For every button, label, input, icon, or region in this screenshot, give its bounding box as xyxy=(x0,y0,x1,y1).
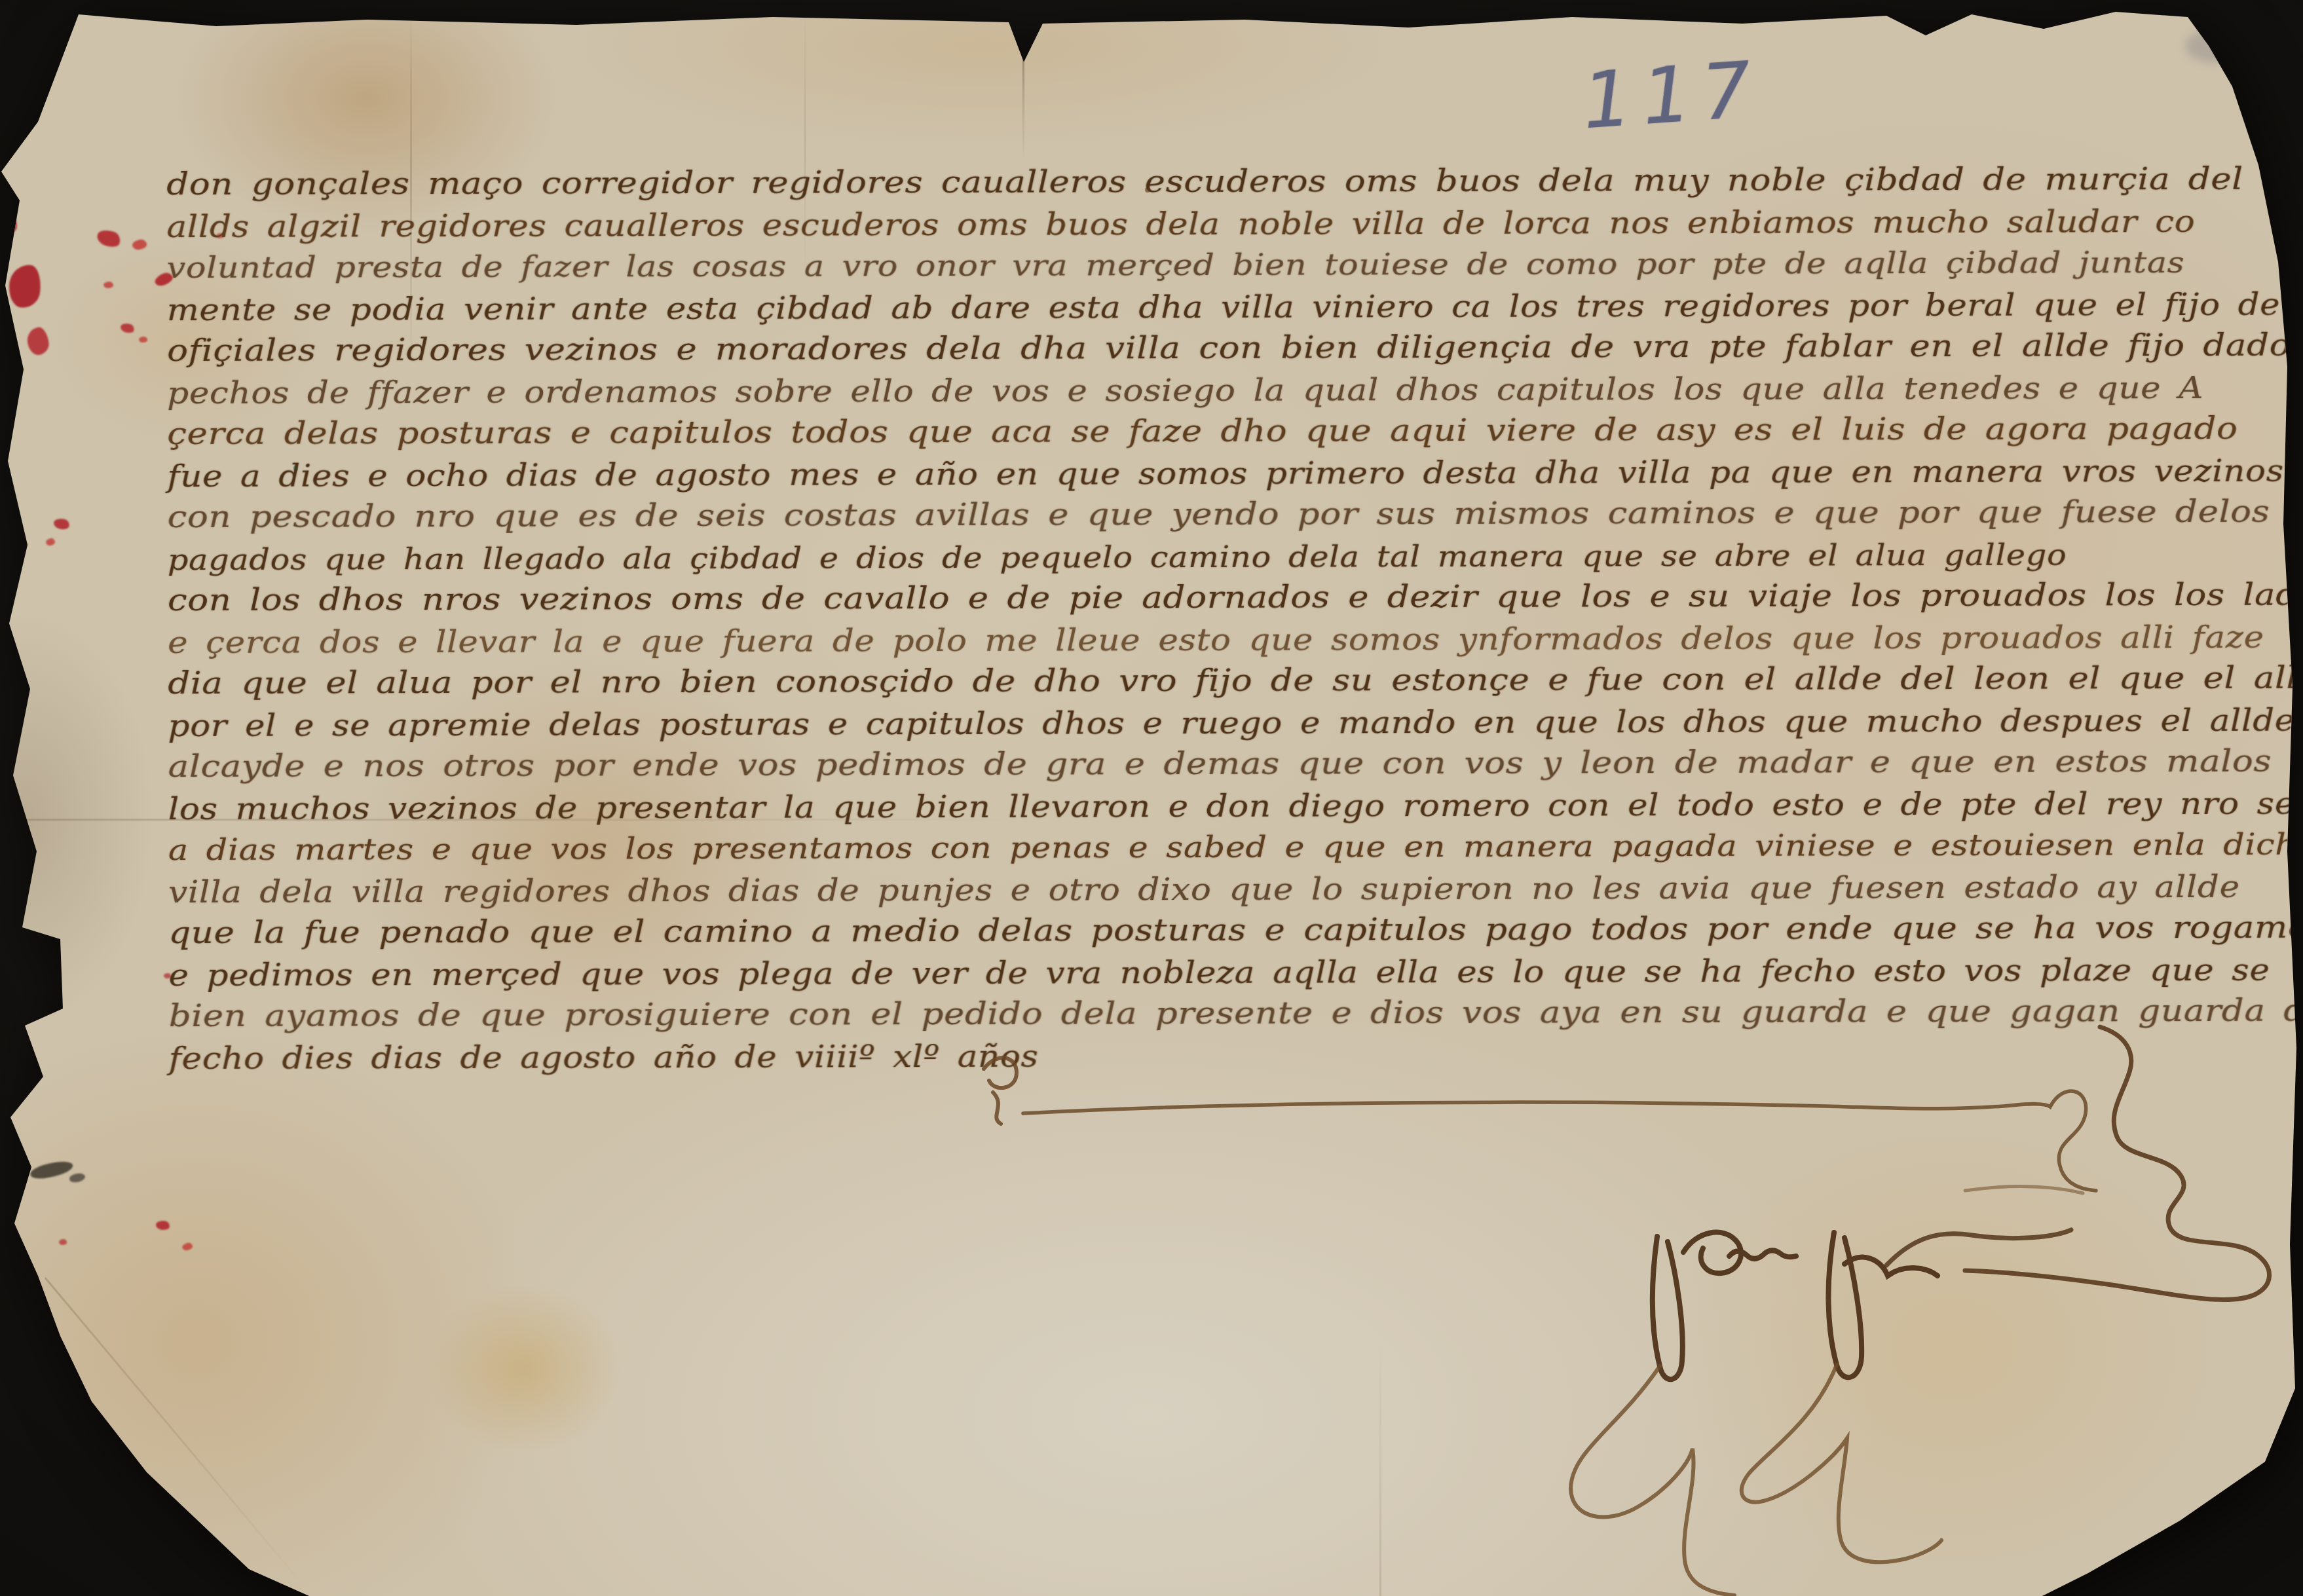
manuscript-line: don gonçales maço corregidor regidores c… xyxy=(166,158,2303,206)
signature-loop-left xyxy=(1571,1366,1734,1595)
manuscript-line: alcayde e nos otros por ende vos pedimos… xyxy=(168,740,2303,788)
manuscript-line: villa dela villa regidores dhos dias de … xyxy=(168,866,2303,913)
red-wax-stain xyxy=(120,322,136,335)
parchment-surface: 117 don gonçales maço corregidor regidor… xyxy=(0,0,2303,1596)
red-wax-stain xyxy=(53,517,70,530)
red-wax-stain xyxy=(132,238,147,251)
red-wax-stain xyxy=(26,326,50,356)
manuscript-line: con pescado nro que es de seis costas av… xyxy=(168,491,2303,538)
red-wax-stain xyxy=(139,337,147,343)
red-wax-stain xyxy=(45,538,56,547)
closing-rule-line xyxy=(1023,1091,2096,1191)
manuscript-line: que la fue penado que el camino a medio … xyxy=(168,906,2303,954)
manuscript-line: fue a dies e ocho dias de agosto mes e a… xyxy=(167,450,2303,497)
red-wax-stain xyxy=(95,227,122,250)
manuscript-line: fecho dies dias de agosto año de viiiiº … xyxy=(169,1032,2303,1079)
pencil-smudge xyxy=(2185,29,2245,63)
manuscript-line: por el e se apremie delas posturas e cap… xyxy=(168,699,2303,747)
manuscript-text: don gonçales maço corregidor regidores c… xyxy=(166,158,2206,1079)
right-margin-rubric-echo xyxy=(1965,1187,2083,1193)
red-wax-stain xyxy=(59,1239,67,1245)
manuscript-line: dia que el alua por el nro bien conosçid… xyxy=(168,657,2303,705)
parchment-sheet: 117 don gonçales maço corregidor regidor… xyxy=(0,0,2303,1596)
manuscript-line: los muchos vezinos de presentar la que b… xyxy=(168,783,2303,830)
manuscript-line: ofiçiales regidores vezinos e moradores … xyxy=(167,324,2303,372)
signature-loop-right xyxy=(1742,1365,1941,1562)
signature-letters xyxy=(1653,1233,1938,1380)
signature-sweep xyxy=(1886,1230,2071,1265)
manuscript-line: bien ayamos de que prosiguiere con el pe… xyxy=(169,990,2303,1037)
photo-background: 117 don gonçales maço corregidor regidor… xyxy=(0,0,2303,1596)
red-wax-stain xyxy=(155,1220,170,1231)
manuscript-line: pagados que han llegado ala çibdad e dio… xyxy=(168,533,2303,580)
red-wax-stain xyxy=(181,1242,193,1252)
archival-number: 117 xyxy=(1580,44,1765,147)
manuscript-line: mente se podia venir ante esta çibdad ab… xyxy=(167,284,2303,331)
fold-crease-diagonal xyxy=(45,1277,307,1589)
manuscript-line: voluntad presta de fazer las cosas a vro… xyxy=(167,241,2303,289)
fold-crease-vertical xyxy=(1379,1343,1381,1596)
manuscript-line: pechos de ffazer e ordenamos sobre ello … xyxy=(167,367,2303,414)
manuscript-line: e pedimos en merçed que vos plega de ver… xyxy=(168,949,2303,996)
manuscript-line: a dias martes e que vos los presentamos … xyxy=(168,823,2303,871)
red-wax-stain xyxy=(7,263,43,310)
red-wax-stain xyxy=(103,282,113,288)
red-wax-stain xyxy=(4,216,17,233)
manuscript-line: e çerca dos e llevar la e que fuera de p… xyxy=(168,616,2303,663)
ink-blot xyxy=(29,1159,75,1180)
manuscript-line: allds algzil regidores caualleros escude… xyxy=(166,200,2303,248)
tear-crack xyxy=(1022,20,1024,160)
ink-blot xyxy=(69,1173,85,1183)
manuscript-line: con los dhos nros vezinos oms de cavallo… xyxy=(168,574,2303,622)
manuscript-line: çerca delas posturas e capitulos todos q… xyxy=(167,407,2303,455)
